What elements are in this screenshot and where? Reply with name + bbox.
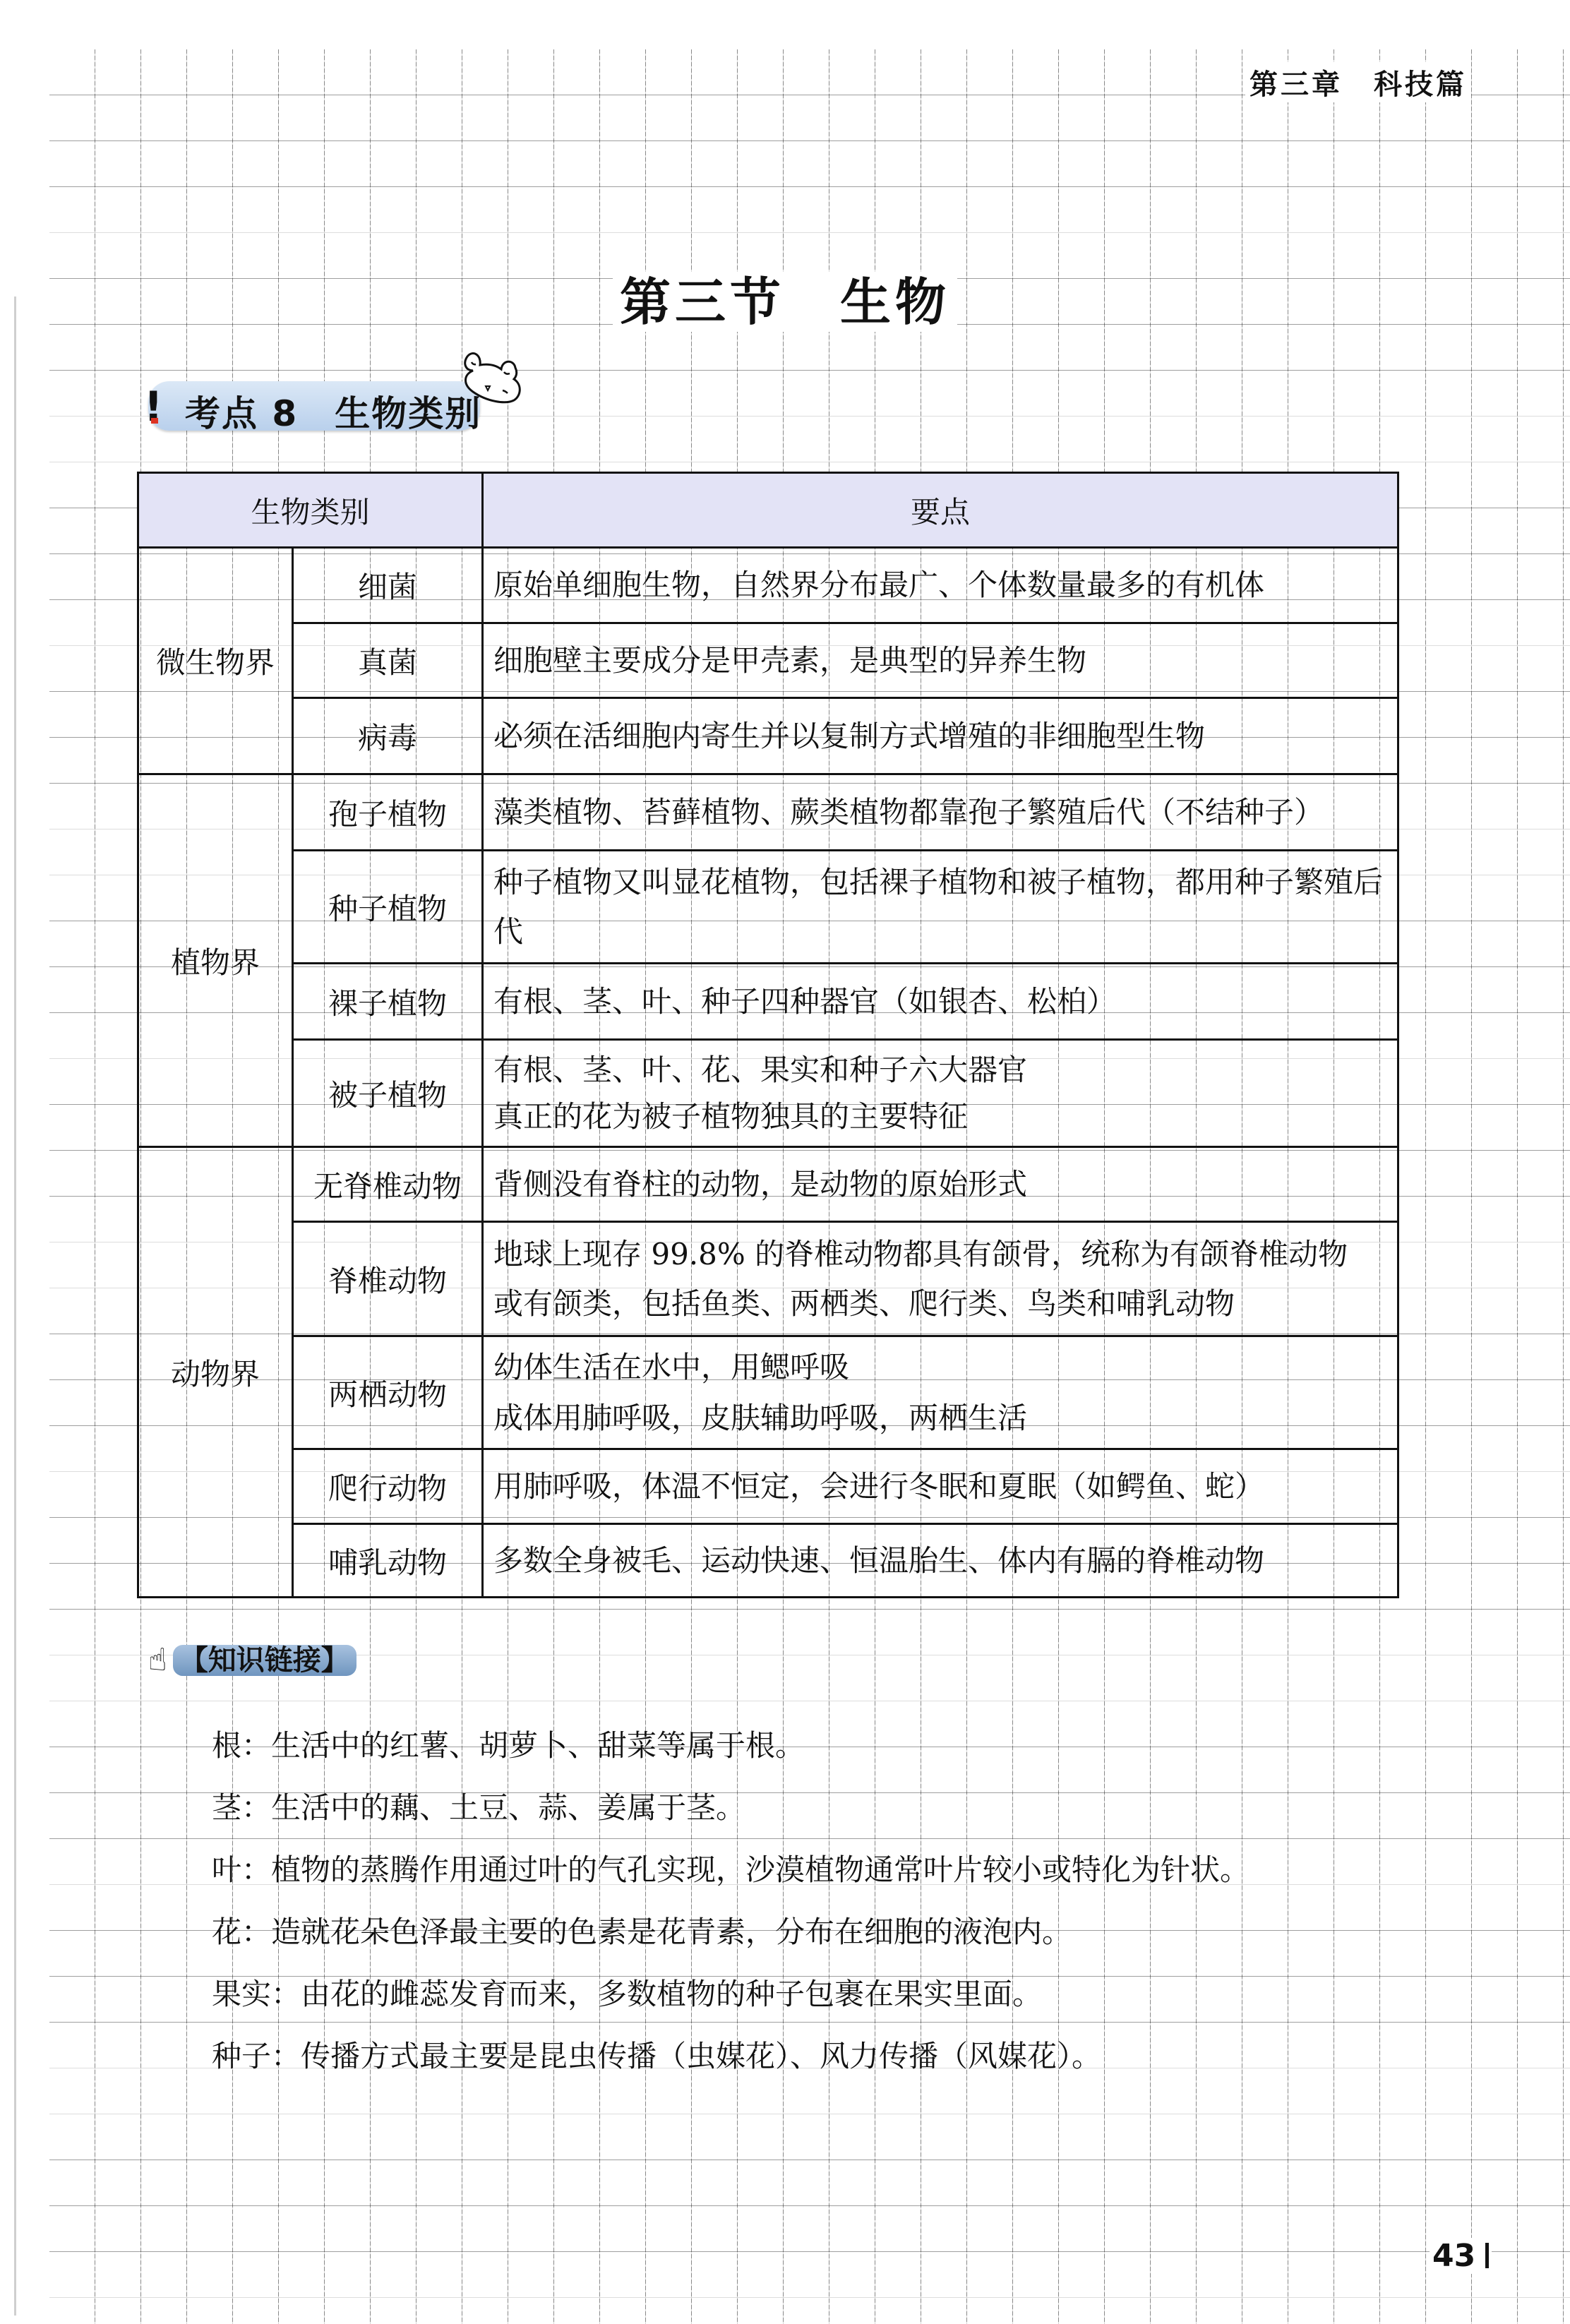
list-item: 茎：生活中的藕、土豆、蒜、姜属于茎。 [212,1785,1250,1831]
table-row: 种子植物 种子植物又叫显花植物，包括裸子植物和被子植物，都用种子繁殖后代 [138,851,1398,964]
subcategory-cell: 病毒 [293,698,483,774]
points-cell: 幼体生活在水中，用鳃呼吸 成体用肺呼吸，皮肤辅助呼吸，两栖生活 [483,1336,1398,1449]
table-row: 脊椎动物 地球上现存 99.8% 的脊椎动物都具有颌骨，统称为有颌脊椎动物 或有… [138,1222,1398,1336]
subcategory-cell: 爬行动物 [293,1449,483,1524]
table-row: 病毒 必须在活细胞内寄生并以复制方式增殖的非细胞型生物 [138,698,1398,774]
category-cell: 动物界 [138,1147,293,1598]
frog-mascot-icon [459,349,526,406]
table-row: 哺乳动物 多数全身被毛、运动快速、恒温胎生、体内有膈的脊椎动物 [138,1524,1398,1598]
list-item: 果实：由花的雌蕊发育而来，多数植物的种子包裹在果实里面。 [212,1971,1250,2017]
header-points: 要点 [483,473,1398,548]
subcategory-cell: 孢子植物 [293,774,483,851]
knowledge-link-list: 根：生活中的红薯、胡萝卜、甜菜等属于根。 茎：生活中的藕、土豆、蒜、姜属于茎。 … [212,1723,1250,2095]
page-binding-edge [14,297,16,2316]
list-item: 叶：植物的蒸腾作用通过叶的气孔实现，沙漠植物通常叶片较小或特化为针状。 [212,1847,1250,1893]
points-cell: 多数全身被毛、运动快速、恒温胎生、体内有膈的脊椎动物 [483,1524,1398,1598]
list-item: 种子：传播方式最主要是昆虫传播（虫媒花）、风力传播（风媒花）。 [212,2033,1250,2079]
category-cell: 植物界 [138,774,293,1147]
point-line: 真正的花为被子植物独具的主要特征 [493,1094,1387,1140]
page-marker-bar [1485,2243,1489,2268]
points-cell: 种子植物又叫显花植物，包括裸子植物和被子植物，都用种子繁殖后代 [483,851,1398,964]
subcategory-cell: 真菌 [293,623,483,698]
subcategory-cell: 裸子植物 [293,964,483,1040]
section-title-text: 第三节 生物 [613,272,957,332]
table-header-row: 生物类别 要点 [138,473,1398,548]
page-number-text: 43 [1432,2238,1475,2274]
points-cell: 原始单细胞生物，自然界分布最广、个体数量最多的有机体 [483,548,1398,623]
points-cell: 有根、茎、叶、花、果实和种子六大器官 真正的花为被子植物独具的主要特征 [483,1040,1398,1147]
category-cell: 微生物界 [138,548,293,774]
point-line: 或有颌类，包括鱼类、两栖类、爬行类、鸟类和哺乳动物 [493,1279,1387,1329]
table-row: 动物界 无脊椎动物 背侧没有脊柱的动物，是动物的原始形式 [138,1147,1398,1222]
key-point-banner: ! 考点 8 生物类别 [148,381,480,431]
table-row: 裸子植物 有根、茎、叶、种子四种器官（如银杏、松柏） [138,964,1398,1040]
table-row: 微生物界 细菌 原始单细胞生物，自然界分布最广、个体数量最多的有机体 [138,548,1398,623]
list-item: 花：造就花朵色泽最主要的色素是花青素，分布在细胞的液泡内。 [212,1909,1250,1955]
points-cell: 必须在活细胞内寄生并以复制方式增殖的非细胞型生物 [483,698,1398,774]
point-line: 有根、茎、叶、花、果实和种子六大器官 [493,1047,1387,1094]
points-cell: 有根、茎、叶、种子四种器官（如银杏、松柏） [483,964,1398,1040]
exclamation-icon: ! [144,383,162,431]
knowledge-link-heading: ☝ 【知识链接】 [148,1642,356,1678]
subcategory-cell: 两栖动物 [293,1336,483,1449]
table-row: 真菌 细胞壁主要成分是甲壳素，是典型的异养生物 [138,623,1398,698]
point-line: 地球上现存 99.8% 的脊椎动物都具有颌骨，统称为有颌脊椎动物 [493,1230,1387,1279]
points-cell: 背侧没有脊柱的动物，是动物的原始形式 [483,1147,1398,1222]
subcategory-cell: 无脊椎动物 [293,1147,483,1222]
subcategory-cell: 细菌 [293,548,483,623]
table-row: 两栖动物 幼体生活在水中，用鳃呼吸 成体用肺呼吸，皮肤辅助呼吸，两栖生活 [138,1336,1398,1449]
chapter-header: 第三章 科技篇 [1245,62,1471,102]
points-cell: 用肺呼吸，体温不恒定，会进行冬眠和夏眠（如鳄鱼、蛇） [483,1449,1398,1524]
table-row: 爬行动物 用肺呼吸，体温不恒定，会进行冬眠和夏眠（如鳄鱼、蛇） [138,1449,1398,1524]
subcategory-cell: 哺乳动物 [293,1524,483,1598]
header-category: 生物类别 [138,473,483,548]
organism-category-table: 生物类别 要点 微生物界 细菌 原始单细胞生物，自然界分布最广、个体数量最多的有… [137,472,1399,1598]
points-cell: 细胞壁主要成分是甲壳素，是典型的异养生物 [483,623,1398,698]
table-row: 被子植物 有根、茎、叶、花、果实和种子六大器官 真正的花为被子植物独具的主要特征 [138,1040,1398,1147]
table-row: 植物界 孢子植物 藻类植物、苔藓植物、蕨类植物都靠孢子繁殖后代（不结种子） [138,774,1398,851]
points-cell: 地球上现存 99.8% 的脊椎动物都具有颌骨，统称为有颌脊椎动物 或有颌类，包括… [483,1222,1398,1336]
page-number: 43 [1430,2238,1492,2274]
point-line: 幼体生活在水中，用鳃呼吸 [493,1342,1387,1393]
knowledge-link-label: 【知识链接】 [173,1645,356,1676]
points-cell: 藻类植物、苔藓植物、蕨类植物都靠孢子繁殖后代（不结种子） [483,774,1398,851]
subcategory-cell: 脊椎动物 [293,1222,483,1336]
subcategory-cell: 种子植物 [293,851,483,964]
key-point-label: 考点 8 生物类别 [185,385,481,436]
list-item: 根：生活中的红薯、胡萝卜、甜菜等属于根。 [212,1723,1250,1768]
pointing-hand-icon: ☝ [148,1642,167,1678]
subcategory-cell: 被子植物 [293,1040,483,1147]
point-line: 成体用肺呼吸，皮肤辅助呼吸，两栖生活 [493,1393,1387,1444]
section-title: 第三节 生物 [0,261,1570,335]
